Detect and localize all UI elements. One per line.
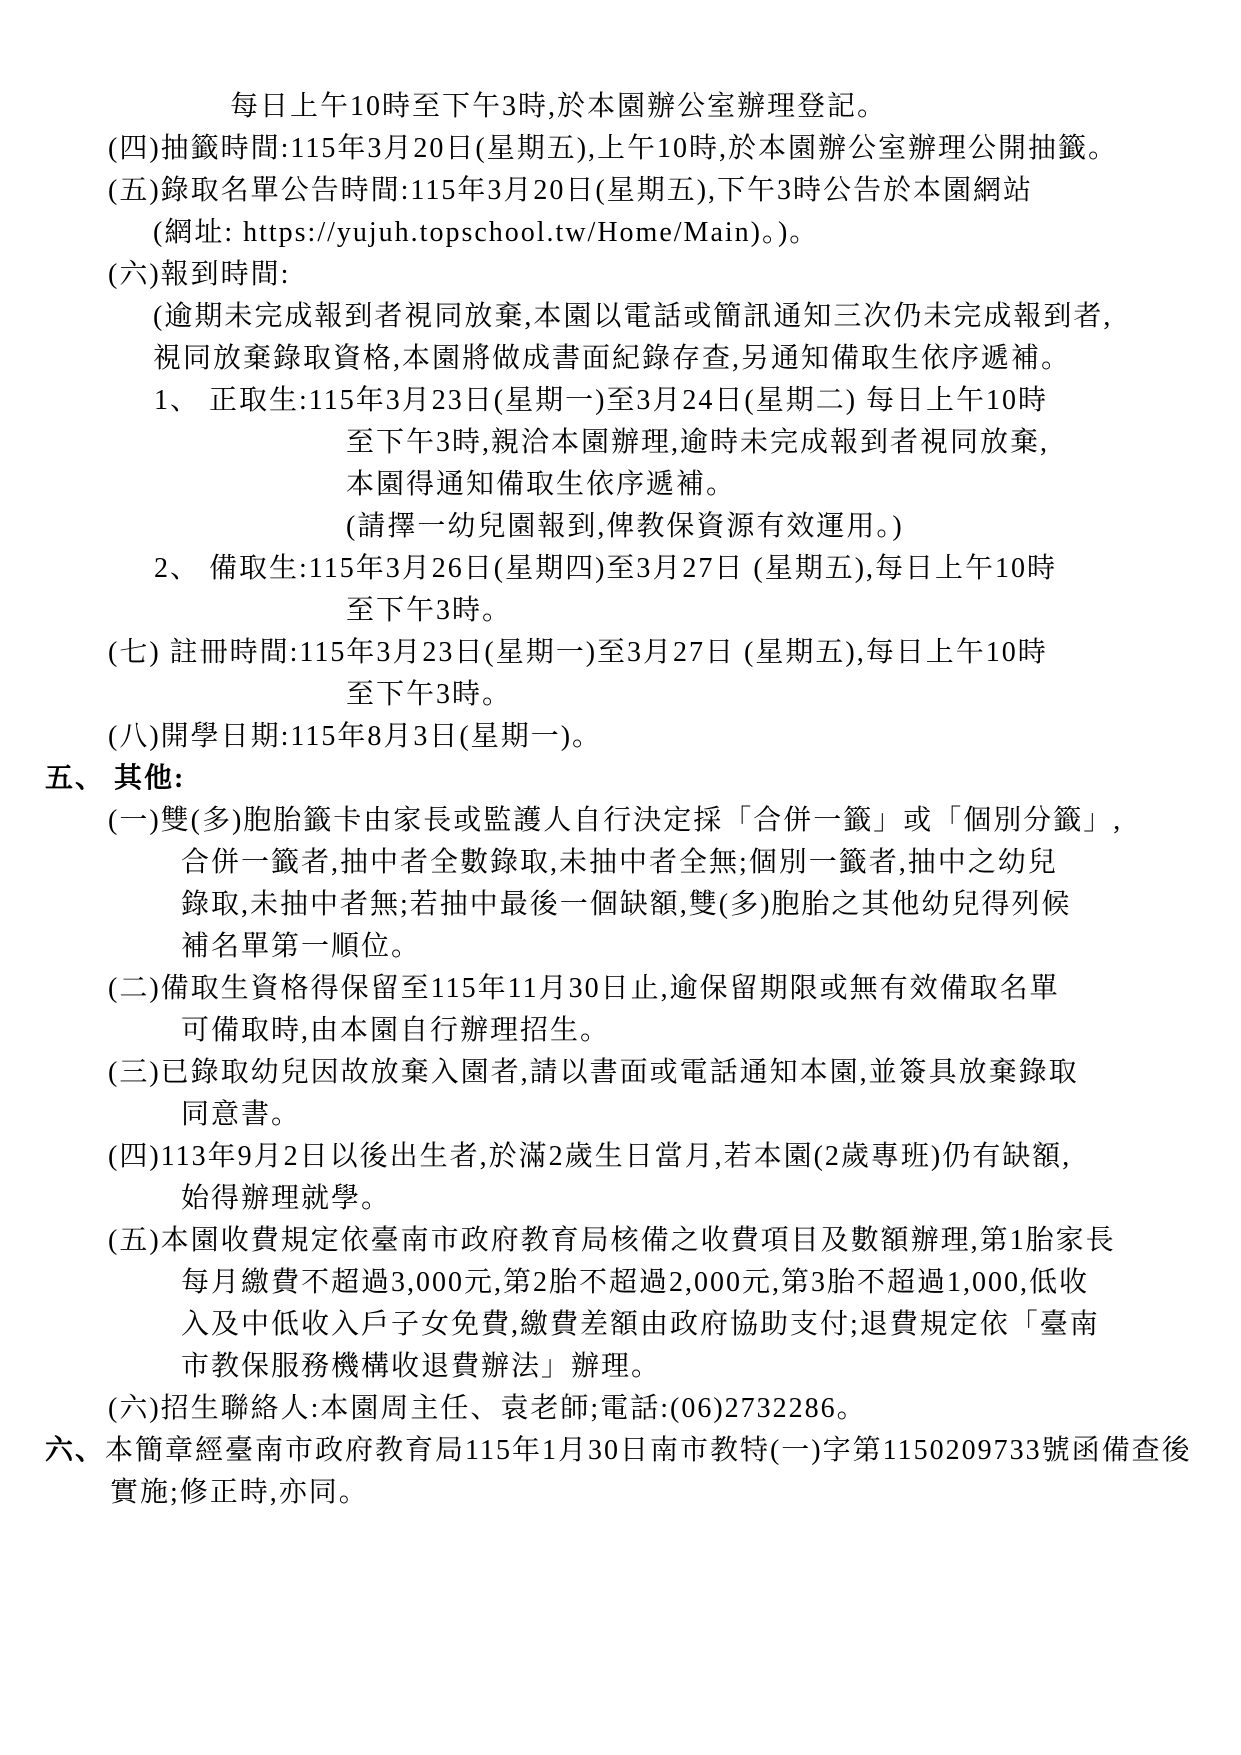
doc-line: 錄取,未抽中者無;若抽中最後一個缺額,雙(多)胞胎之其他幼兒得列候 [0,884,1241,926]
section-number: 五、 [45,763,105,794]
doc-line: 1、 正取生:115年3月23日(星期一)至3月24日(星期二) 每日上午10時 [0,380,1241,422]
doc-line: 實施;修正時,亦同。 [0,1472,1241,1514]
doc-line: (逾期未完成報到者視同放棄,本園以電話或簡訊通知三次仍未完成報到者, [0,296,1241,338]
doc-line: 可備取時,由本園自行辦理招生。 [0,1010,1241,1052]
doc-line: 視同放棄錄取資格,本園將做成書面紀錄存查,另通知備取生依序遞補。 [0,338,1241,380]
doc-line: (八)開學日期:115年8月3日(星期一)。 [0,716,1241,758]
doc-line: 入及中低收入戶子女免費,繳費差額由政府協助支付;退費規定依「臺南 [0,1304,1241,1346]
doc-line: 每日上午10時至下午3時,於本園辦公室辦理登記。 [0,86,1241,128]
section-number: 六、 [45,1435,105,1466]
section-heading: 六、本簡章經臺南市政府教育局115年1月30日南市教特(一)字第11502097… [0,1430,1241,1472]
doc-line: (五)錄取名單公告時間:115年3月20日(星期五),下午3時公告於本園網站 [0,170,1241,212]
doc-line: 始得辦理就學。 [0,1178,1241,1220]
doc-line: (六)招生聯絡人:本園周主任、袁老師;電話:(06)2732286。 [0,1388,1241,1430]
doc-line: (一)雙(多)胞胎籤卡由家長或監護人自行決定採「合併一籤」或「個別分籤」, [0,800,1241,842]
doc-line: (請擇一幼兒園報到,俾教保資源有效運用。) [0,506,1241,548]
doc-line: (網址: https://yujuh.topschool.tw/Home/Mai… [0,212,1241,254]
doc-line: 本園得通知備取生依序遞補。 [0,464,1241,506]
doc-line: 至下午3時。 [0,590,1241,632]
doc-line: 2、 備取生:115年3月26日(星期四)至3月27日 (星期五),每日上午10… [0,548,1241,590]
doc-line: 市教保服務機構收退費辦法」辦理。 [0,1346,1241,1388]
doc-line: 合併一籤者,抽中者全數錄取,未抽中者全無;個別一籤者,抽中之幼兒 [0,842,1241,884]
doc-line: (四)抽籤時間:115年3月20日(星期五),上午10時,於本園辦公室辦理公開抽… [0,128,1241,170]
doc-line: (三)已錄取幼兒因故放棄入園者,請以書面或電話通知本園,並簽具放棄錄取 [0,1052,1241,1094]
doc-line: (二)備取生資格得保留至115年11月30日止,逾保留期限或無有效備取名單 [0,968,1241,1010]
doc-line: 補名單第一順位。 [0,926,1241,968]
doc-line: 至下午3時,親洽本園辦理,逾時未完成報到者視同放棄, [0,422,1241,464]
doc-line: 同意書。 [0,1094,1241,1136]
doc-line: (四)113年9月2日以後出生者,於滿2歲生日當月,若本園(2歲專班)仍有缺額, [0,1136,1241,1178]
section-heading: 五、 其他: [0,758,1241,800]
doc-line: (七) 註冊時間:115年3月23日(星期一)至3月27日 (星期五),每日上午… [0,632,1241,674]
section-title: 其他: [105,763,185,794]
doc-line: (六)報到時間: [0,254,1241,296]
section-body: 本簡章經臺南市政府教育局115年1月30日南市教特(一)字第1150209733… [105,1435,1192,1466]
doc-line: 每月繳費不超過3,000元,第2胎不超過2,000元,第3胎不超過1,000,低… [0,1262,1241,1304]
document-page: 每日上午10時至下午3時,於本園辦公室辦理登記。 (四)抽籤時間:115年3月2… [0,0,1241,1514]
doc-line: (五)本園收費規定依臺南市政府教育局核備之收費項目及數額辦理,第1胎家長 [0,1220,1241,1262]
doc-line: 至下午3時。 [0,674,1241,716]
